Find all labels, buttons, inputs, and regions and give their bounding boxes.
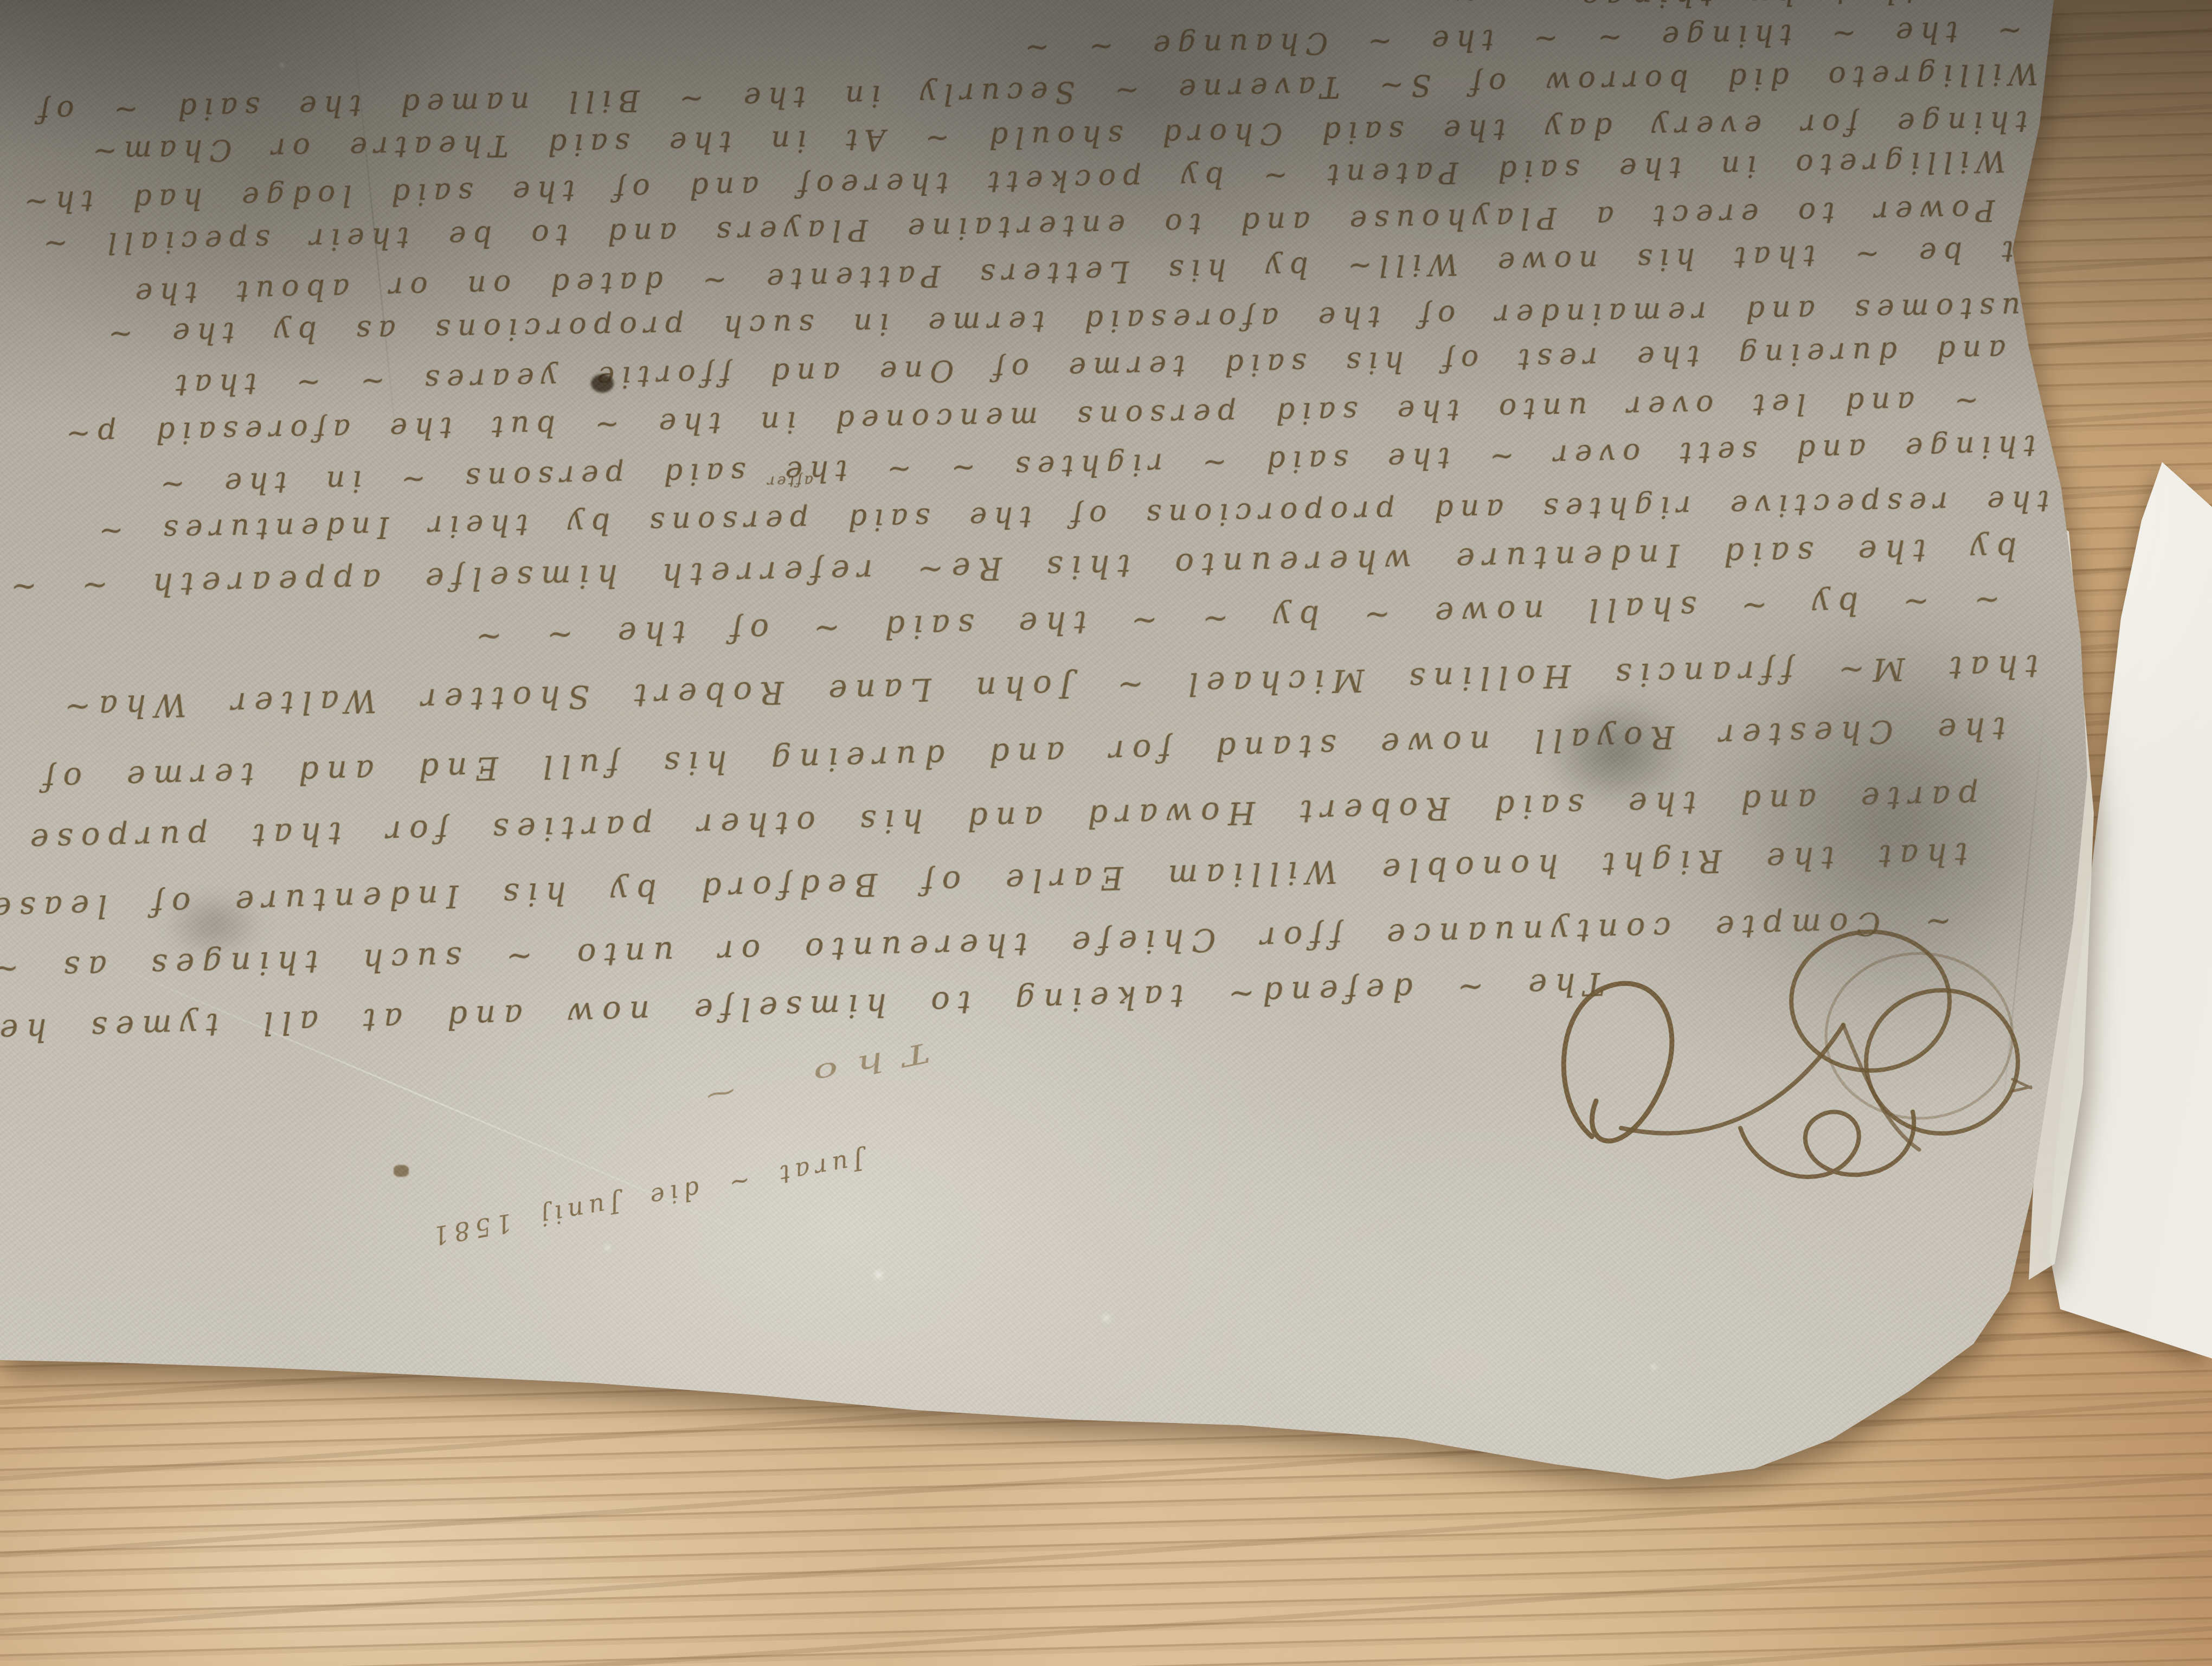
dark-smudge — [1540, 694, 1692, 808]
manuscript-line: that the Right honoble William Earle of … — [0, 836, 1968, 929]
manuscript-line: that M~ ffrancis Hollins Michael ~ John … — [0, 648, 2039, 729]
manuscript-line: The ~ defend~ takeing to himselfe now an… — [0, 965, 1605, 1051]
manuscript-line: parte and the said Robert Howard and his… — [0, 778, 1979, 861]
manuscript-line: ~ and let over unto the said persons men… — [0, 384, 1979, 453]
faint-smudge — [163, 889, 266, 960]
surface-flecks — [0, 0, 1, 1]
manuscript-line: customes and remainder of the aforesaid … — [0, 291, 2044, 354]
interlinear-insertion: after — [705, 472, 814, 491]
manuscript-line: the respective rightes and proporcions o… — [0, 484, 2049, 552]
crease-line — [1996, 680, 2048, 1165]
top-smudge — [1312, 81, 1594, 233]
ink-blot — [591, 374, 614, 393]
manuscript-line: thinge for every day the said Chord shou… — [0, 105, 2028, 171]
manuscript-line: ~ Compte contynuance ffor Chiefe thereun… — [0, 904, 1952, 989]
manuscript-line: ~ the ~ thinge ~ ~ the ~ Chaunge ~ ~ — [0, 14, 2022, 85]
jurat-date-line: Jurat ~ die Junij 1581 — [354, 1146, 866, 1264]
manuscript-line: by the said Indenture whereunto this Re~… — [0, 530, 2017, 607]
calligraphic-initial-flourish — [1540, 846, 2039, 1204]
manuscript-line: ~ ~ that by thinge ~ ~ — [0, 0, 2044, 37]
manuscript-line: ~ ~ by ~ shall nowe ~ by ~ ~ the said ~ … — [0, 582, 2001, 669]
manuscript-line: thinge and sett over ~ the said ~ righte… — [0, 429, 2036, 507]
pen-squiggle — [394, 1165, 409, 1177]
jurat-signature: Tho ~ — [76, 1036, 932, 1239]
crease-line — [73, 947, 773, 1246]
parchment-wrap: ~ ~ that by thinge ~ ~ ~ the ~ thinge ~ … — [0, 0, 2212, 1666]
manuscript-line: the Chester Royall nowe stand for and du… — [0, 710, 2006, 800]
manuscript-line: Willigreto in the said Patent ~ by pocke… — [0, 144, 2006, 221]
crease-line — [348, 0, 400, 471]
manuscript-photo: ~ ~ that by thinge ~ ~ ~ the ~ thinge ~ … — [0, 0, 2212, 1666]
gray-stain — [1724, 624, 2060, 1014]
manuscript-line: Willigreto did borrow of S~ Taverne ~ Se… — [0, 56, 2039, 131]
manuscript-line: it be ~ that his nowe Will~ by his Lette… — [0, 234, 2030, 316]
parchment-document: ~ ~ that by thinge ~ ~ ~ the ~ thinge ~ … — [0, 0, 2212, 1666]
manuscript-line: and dureing the rest of his said terme o… — [0, 334, 2006, 407]
manuscript-line: Power to erect a Playhouse and to entert… — [0, 193, 1995, 263]
